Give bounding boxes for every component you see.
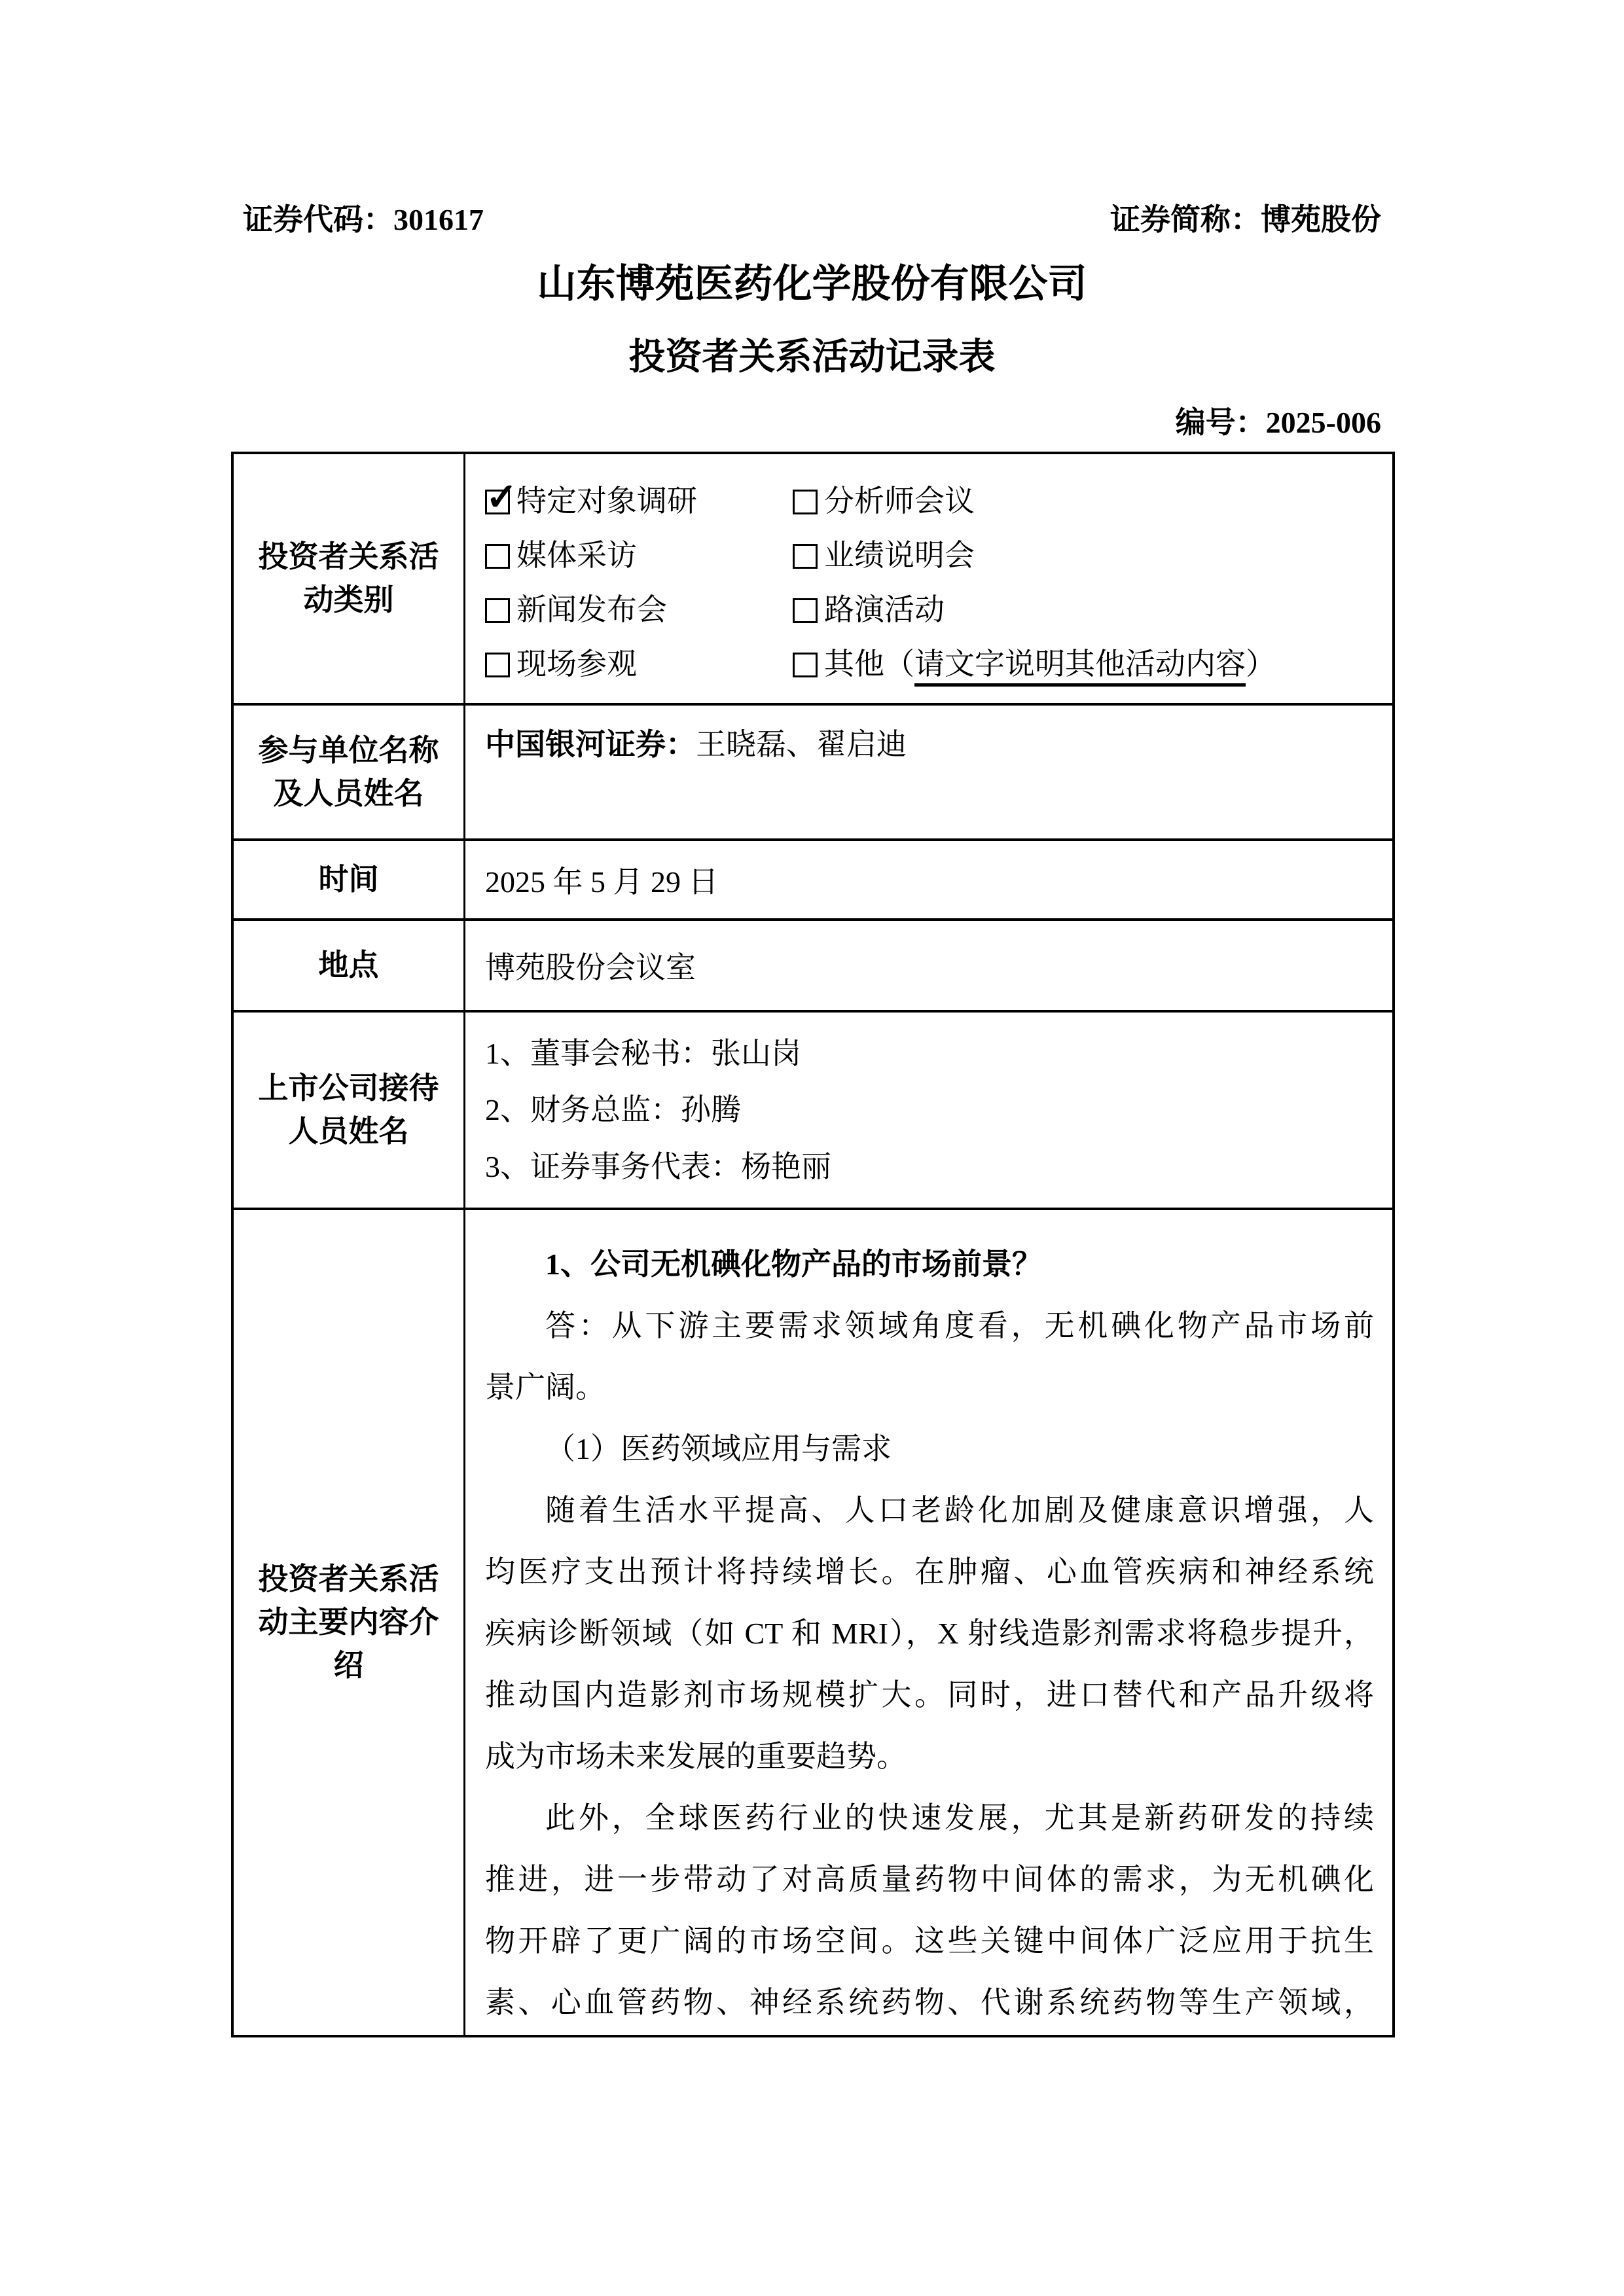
paren-open: （: [884, 647, 914, 681]
option-earnings-briefing: 业绩说明会: [793, 531, 1379, 575]
content-line: 随着生活水平提高、人口老龄化加剧及健康意识增强，人: [485, 1480, 1374, 1541]
checkbox-icon[interactable]: [793, 653, 818, 677]
option-site-visit: 现场参观: [485, 640, 793, 683]
content-line: 疾病诊断领域（如 CT 和 MRI），X 射线造影剂需求将稳步提升，: [485, 1603, 1374, 1664]
location-value: 博苑股份会议室: [465, 921, 1392, 1010]
host-item: 1、董事会秘书：张山岗: [485, 1034, 1373, 1073]
option-label: 业绩说明会: [824, 539, 975, 572]
hosts-label: 上市公司接待 人员姓名: [234, 1013, 465, 1208]
label-line: 绍: [334, 1644, 364, 1687]
participants-label: 参与单位名称 及人员姓名: [234, 706, 465, 838]
content-line: 推动国内造影剂市场规模扩大。同时，进口替代和产品升级将: [485, 1664, 1374, 1726]
label-line: 及人员姓名: [274, 772, 424, 816]
paren-close: ）: [1246, 647, 1276, 681]
label-line: 地点: [319, 944, 379, 987]
checkbox-icon[interactable]: [485, 653, 510, 677]
row-participants: 参与单位名称 及人员姓名 中国银河证券：王晓磊、翟启迪: [234, 706, 1392, 841]
label-line: 参与单位名称: [259, 729, 439, 772]
hosts-value: 1、董事会秘书：张山岗 2、财务总监：孙腾 3、证券事务代表：杨艳丽: [465, 1013, 1392, 1208]
content-line: 答：从下游主要需求领域角度看，无机碘化物产品市场前: [485, 1295, 1374, 1357]
main-content-label: 投资者关系活 动主要内容介 绍: [234, 1210, 465, 2035]
checkbox-icon[interactable]: [793, 544, 818, 569]
label-line: 人员姓名: [289, 1110, 409, 1153]
row-activity-type: 投资者关系活 动类别 特定对象调研 分析师会议 媒体采访 业绩说明会 新闻发布会: [234, 454, 1392, 706]
stock-short-name: 证券简称：博苑股份: [1110, 202, 1381, 238]
host-item: 3、证券事务代表：杨艳丽: [485, 1147, 1373, 1187]
checkbox-icon[interactable]: [793, 490, 818, 514]
option-other: 其他（请文字说明其他活动内容）: [793, 640, 1379, 683]
content-line: 景广阔。: [485, 1357, 1374, 1418]
content-line: 物开辟了更广阔的市场空间。这些关键中间体广泛应用于抗生: [485, 1910, 1374, 1972]
label-line: 投资者关系活: [259, 535, 439, 579]
activity-type-options: 特定对象调研 分析师会议 媒体采访 业绩说明会 新闻发布会 路演活动: [465, 454, 1392, 703]
stock-code: 证券代码：301617: [243, 202, 484, 238]
option-label: 新闻发布会: [516, 593, 667, 626]
option-label: 特定对象调研: [516, 484, 697, 518]
row-hosts: 上市公司接待 人员姓名 1、董事会秘书：张山岗 2、财务总监：孙腾 3、证券事务…: [234, 1013, 1392, 1210]
participant-names: 王晓磊、翟启迪: [696, 728, 907, 761]
time-value: 2025 年 5 月 29 日: [465, 841, 1392, 918]
content-line: 1、公司无机碘化物产品的市场前景？: [485, 1234, 1374, 1295]
content-line: （1）医药领域应用与需求: [485, 1418, 1374, 1480]
content-line: 成为市场未来发展的重要趋势。: [485, 1726, 1374, 1787]
record-table: 投资者关系活 动类别 特定对象调研 分析师会议 媒体采访 业绩说明会 新闻发布会: [231, 452, 1395, 2037]
content-line: 推进，进一步带动了对高质量药物中间体的需求，为无机碘化: [485, 1849, 1374, 1910]
content-line: 素、心血管药物、神经系统药物、代谢系统药物等生产领域，: [485, 1972, 1374, 2034]
checkbox-icon[interactable]: [485, 544, 510, 569]
content-line: 均医疗支出预计将持续增长。在肿瘤、心血管疾病和神经系统: [485, 1541, 1374, 1603]
location-label: 地点: [234, 921, 465, 1010]
option-label: 其他: [824, 647, 884, 681]
location-text: 博苑股份会议室: [485, 944, 696, 987]
participants-value: 中国银河证券：王晓磊、翟启迪: [465, 706, 1392, 838]
label-line: 上市公司接待: [259, 1067, 439, 1110]
label-line: 投资者关系活: [259, 1558, 439, 1601]
label-line: 动类别: [304, 579, 394, 622]
checkbox-icon[interactable]: [793, 598, 818, 623]
label-line: 时间: [319, 858, 379, 901]
securities-header: 证券代码：301617 证券简称：博苑股份: [243, 202, 1381, 238]
option-label: 分析师会议: [824, 484, 975, 518]
time-label: 时间: [234, 841, 465, 918]
time-text: 2025 年 5 月 29 日: [485, 858, 719, 901]
main-content-value: 1、公司无机碘化物产品的市场前景？ 答：从下游主要需求领域角度看，无机碘化物产品…: [465, 1210, 1392, 2035]
option-label: 路演活动: [824, 593, 945, 626]
label-line: 动主要内容介: [259, 1601, 439, 1644]
option-label: 现场参观: [516, 647, 637, 681]
option-analyst-meeting: 分析师会议: [793, 477, 1379, 520]
document-page: 证券代码：301617 证券简称：博苑股份 山东博苑医药化学股份有限公司 投资者…: [0, 0, 1624, 2296]
company-name-title: 山东博苑医药化学股份有限公司: [0, 260, 1624, 308]
participant-org: 中国银河证券：: [485, 728, 696, 761]
host-item: 2、财务总监：孙腾: [485, 1090, 1373, 1130]
content-line: 此外，全球医药行业的快速发展，尤其是新药研发的持续: [485, 1787, 1374, 1849]
option-press-conference: 新闻发布会: [485, 586, 793, 629]
activity-type-label: 投资者关系活 动类别: [234, 454, 465, 703]
row-time: 时间 2025 年 5 月 29 日: [234, 841, 1392, 921]
option-media-interview: 媒体采访: [485, 531, 793, 575]
row-location: 地点 博苑股份会议室: [234, 921, 1392, 1013]
option-specific-object-research: 特定对象调研: [485, 477, 793, 520]
option-label: 媒体采访: [516, 539, 637, 572]
document-number: 编号：2025-006: [1176, 404, 1381, 441]
option-roadshow: 路演活动: [793, 586, 1379, 629]
checkbox-checked-icon[interactable]: [485, 490, 510, 514]
row-main-content: 投资者关系活 动主要内容介 绍 1、公司无机碘化物产品的市场前景？ 答：从下游主…: [234, 1210, 1392, 2035]
checkbox-icon[interactable]: [485, 598, 510, 623]
other-note-underline: 请文字说明其他活动内容: [914, 647, 1246, 687]
document-title: 投资者关系活动记录表: [0, 335, 1624, 380]
